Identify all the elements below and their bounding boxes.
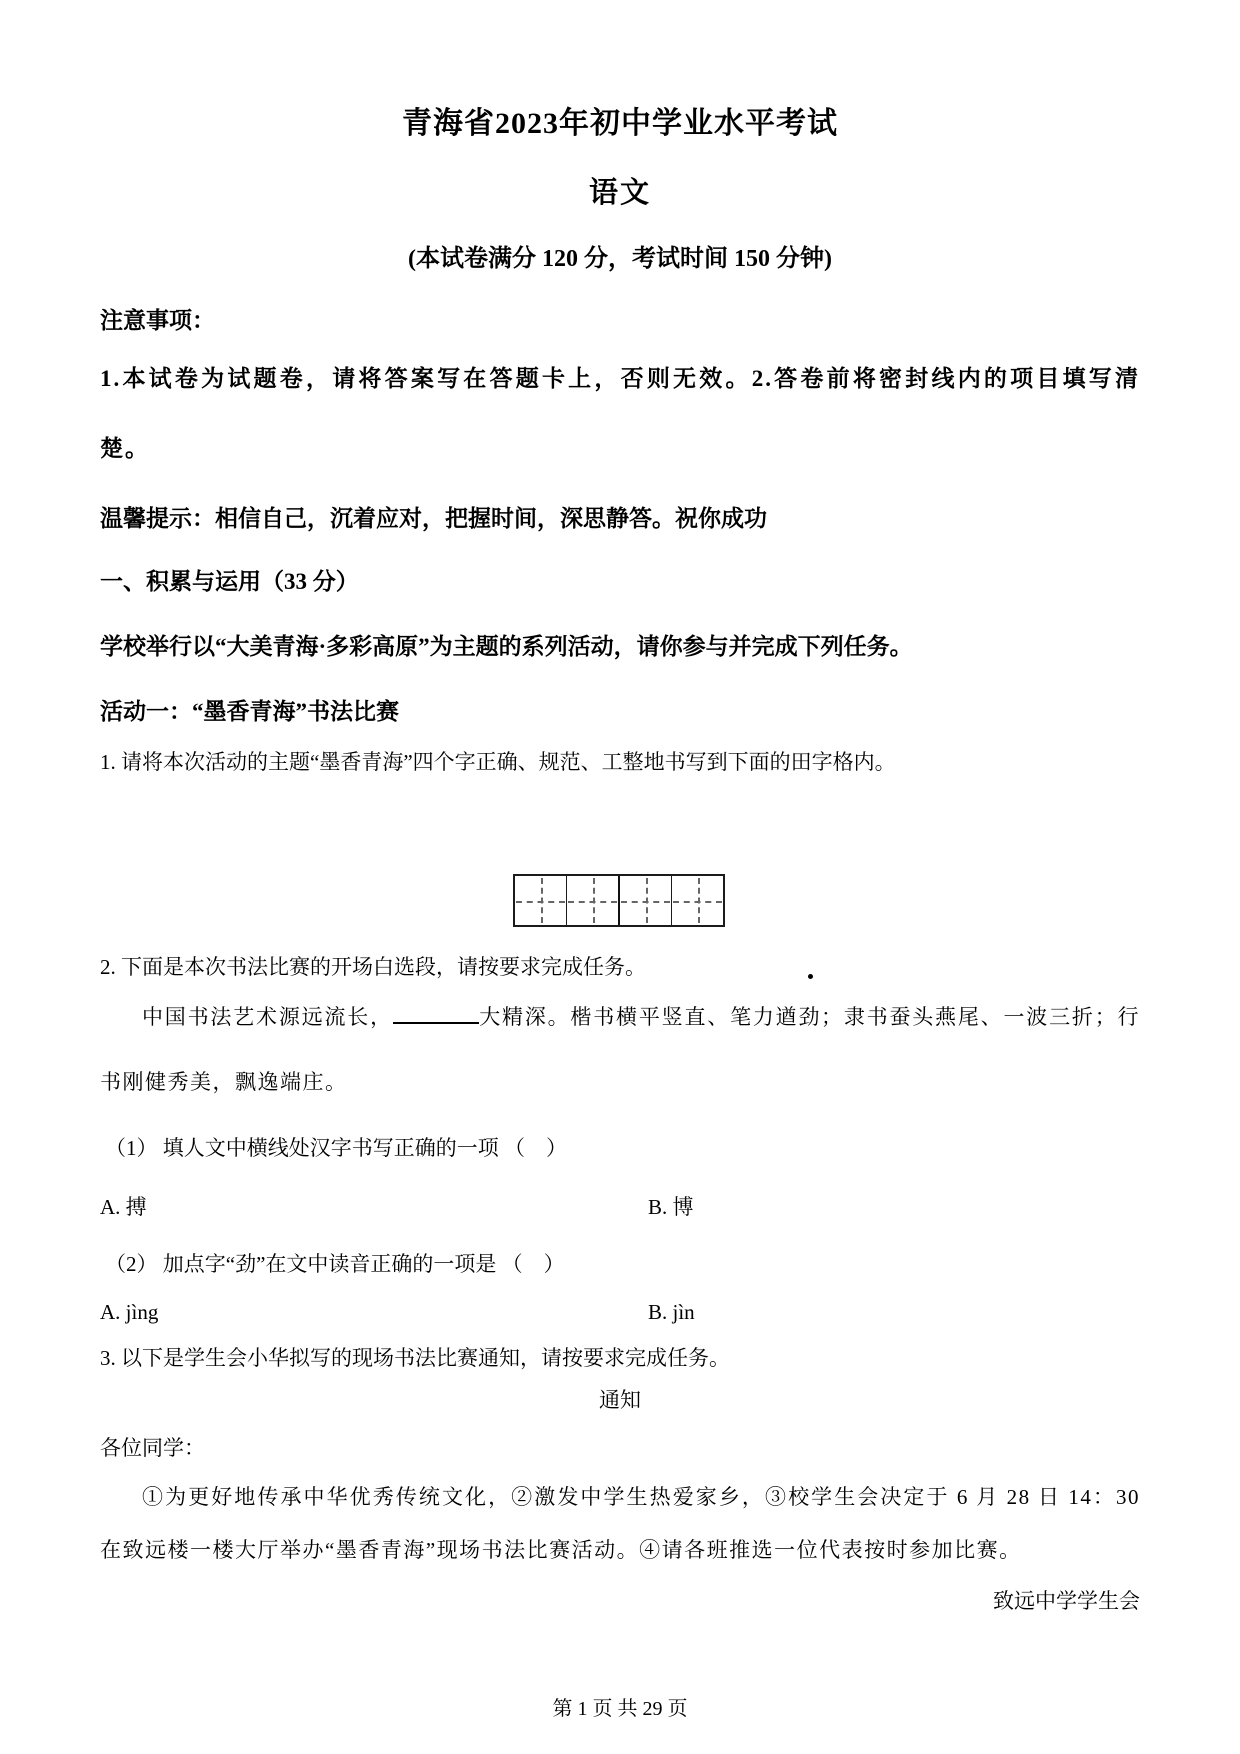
section1-heading: 一、积累与运用（33 分） [100,563,1140,596]
notice-salutation: 各位同学： [100,1432,1140,1462]
emphasized-char-glyph: 劲 [799,1005,822,1029]
question2-sub1-text: （1） 填人文中横线处汉字书写正确的一项 （ ） [100,1132,1145,1162]
notes-body: 1.本试卷为试题卷，请将答案写在答题卡上，否则无效。2.答卷前将密封线内的项目填… [100,344,1140,484]
activity1-heading: 活动一：“墨香青海”书法比赛 [100,693,1140,726]
tianzige-writing-grid [513,874,725,927]
question2-sub2-options: A. jìng B. jìn [100,1300,1140,1328]
tianzige-cell [618,876,671,925]
emphasized-char: 劲 [799,985,822,1050]
notes-heading: 注意事项： [100,302,1140,335]
tianzige-cell [515,876,566,925]
passage-part1: 中国书法艺术源远流长， [142,1005,393,1029]
fill-blank-line [393,1018,479,1024]
page-title: 青海省2023年初中学业水平考试 [100,98,1140,142]
exam-paper-page: 青海省2023年初中学业水平考试 语文 (本试卷满分 120 分，考试时间 15… [0,0,1240,1754]
tianzige-cell [671,876,723,925]
question2-passage: 中国书法艺术源远流长，大精深。楷书横平竖直、笔力遒劲；隶书蚕头燕尾、一波三折；行… [100,985,1140,1115]
passage-part2: 大精深。楷书横平竖直、笔力遒 [479,1005,799,1029]
warm-tip-line: 温馨提示：相信自己，沉着应对，把握时间，深思静答。祝你成功 [100,500,1140,533]
question3-text: 3. 以下是学生会小华拟写的现场书法比赛通知，请按要求完成任务。 [100,1342,1140,1372]
page-number-footer: 第 1 页 共 29 页 [100,1692,1140,1721]
notice-title: 通知 [100,1384,1140,1414]
option-b: B. jìn [648,1300,695,1325]
section1-intro: 学校举行以“大美青海·多彩高原”为主题的系列活动，请你参与并完成下列任务。 [100,628,1140,661]
question2-sub1-options: A. 搏 B. 博 [100,1191,1140,1219]
question1-text: 1. 请将本次活动的主题“墨香青海”四个字正确、规范、工整地书写到下面的田字格内… [100,746,1140,776]
tianzige-cell [566,876,618,925]
emphasis-dot [808,974,813,979]
notice-body: ①为更好地传承中华优秀传统文化，②激发中学生热爱家乡，③校学生会决定于 6 月 … [100,1471,1140,1577]
subject-title: 语文 [100,170,1140,211]
notice-signature: 致远中学学生会 [100,1585,1140,1615]
option-a: A. jìng [100,1300,158,1324]
question2-sub2-text: （2） 加点字“劲”在文中读音正确的一项是 （ ） [100,1248,1145,1278]
exam-info-line: (本试卷满分 120 分，考试时间 150 分钟) [100,238,1140,273]
question2-text: 2. 下面是本次书法比赛的开场白选段，请按要求完成任务。 [100,951,1140,981]
option-b: B. 博 [648,1191,694,1221]
option-a: A. 搏 [100,1195,147,1219]
